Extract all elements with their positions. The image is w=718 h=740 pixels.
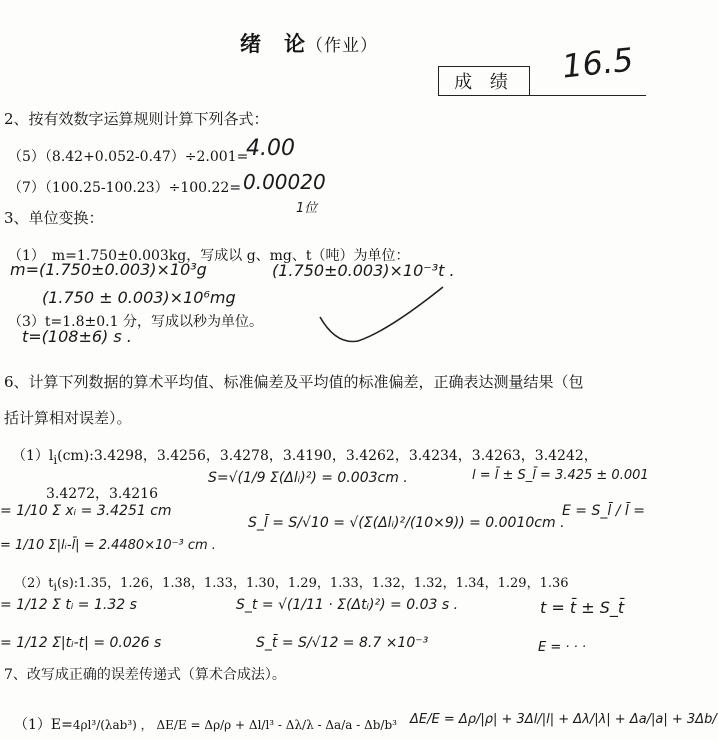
title-main: 绪 论 bbox=[240, 32, 306, 56]
q3-item-3-answer: t=(108±6) s . bbox=[22, 327, 132, 346]
q6-part1-result: l = l̄ ± S_l̄ = 3.425 ± 0.001 bbox=[472, 468, 649, 483]
q6-part1-data: （1）li(cm):3.4298，3.4256，3.4278，3.4190，3.… bbox=[12, 445, 598, 467]
checkmark-icon bbox=[318, 285, 448, 350]
q6-part2-result: t = t̄ ± S_t̄ bbox=[540, 598, 624, 617]
q6-part2-relative: E = · · · bbox=[538, 640, 586, 655]
q6-part1-s-mean: S_l̄ = S/√10 = √(Σ(Δlᵢ)²/(10×9)) = 0.001… bbox=[248, 515, 565, 531]
page-title: 绪 论（作业） bbox=[240, 28, 378, 58]
q2-item-7-answer: 0.00020 bbox=[243, 170, 326, 194]
q7-part1-answer: ΔE/E = Δρ/|ρ| + 3Δl/|l| + Δλ/|λ| + Δa/|a… bbox=[410, 712, 718, 727]
q6-part2-s: S_t = √(1/11 · Σ(Δtᵢ)²) = 0.03 s . bbox=[236, 597, 458, 613]
q6-part2-s-mean: S_t̄ = S/√12 = 8.7 ×10⁻³ bbox=[256, 635, 428, 651]
q3-item-1-answer-g: m=(1.750±0.003)×10³g bbox=[10, 260, 207, 279]
q6-part1-data-line2: 3.4272，3.4216 bbox=[46, 483, 158, 503]
q3-prompt: 3、单位变换： bbox=[4, 207, 104, 228]
q2-item-5-answer: 4.00 bbox=[246, 136, 295, 161]
grade-box: 成 绩 bbox=[438, 66, 530, 96]
q6-part1-data-line1: 3.4298，3.4256，3.4278，3.4190，3.4262，3.423… bbox=[94, 448, 598, 464]
q2-item-7-note: 1位 bbox=[296, 197, 317, 216]
q2-item-5: （5）（8.42+0.052-0.47）÷2.001= bbox=[8, 146, 248, 166]
q6-part1-s: S=√(1/9 Σ(Δlᵢ)²) = 0.003cm . bbox=[208, 470, 408, 486]
q2-item-7-text: （7）（100.25-100.23）÷100.22= bbox=[8, 180, 241, 196]
q7-part1-formula: 4ρl³/(λab³) ， ΔE/E = Δρ/ρ + Δl/l³ - Δλ/λ… bbox=[73, 718, 397, 732]
q3-item-1-answer-mg: (1.750 ± 0.003)×10⁶mg bbox=[42, 288, 236, 307]
q6-part2-label: （2）t bbox=[14, 576, 54, 591]
title-sub: （作业） bbox=[306, 36, 378, 56]
q7-part1-given: （1）E=4ρl³/(λab³) ， ΔE/E = Δρ/ρ + Δl/l³ -… bbox=[14, 714, 397, 734]
q7-prompt: 7、改写成正确的误差传递式（算术合成法）。 bbox=[4, 664, 286, 684]
q6-part2-avg-dev: = 1/12 Σ|tᵢ-t| = 0.026 s bbox=[0, 635, 161, 651]
grade-score: 16.5 bbox=[560, 40, 635, 85]
grade-underline bbox=[530, 95, 646, 96]
q2-item-7: （7）（100.25-100.23）÷100.22= bbox=[8, 177, 241, 197]
q2-prompt: 2、按有效数字运算规则计算下列各式： bbox=[4, 108, 269, 129]
q6-prompt-line1: 6、计算下列数据的算术平均值、标准偏差及平均值的标准偏差，正确表达测量结果（包 bbox=[4, 371, 584, 392]
q6-part1-avg-dev: = 1/10 Σ|lᵢ-l̄| = 2.4480×10⁻³ cm . bbox=[0, 538, 216, 553]
q6-part2-label-unit: (s): bbox=[57, 576, 78, 591]
q6-part1-label-unit: (cm): bbox=[57, 448, 94, 464]
q6-prompt-line2: 括计算相对误差）。 bbox=[4, 407, 132, 428]
q6-part2-mean: = 1/12 Σ tᵢ = 1.32 s bbox=[0, 597, 137, 613]
q6-part1-label: （1）l bbox=[12, 448, 53, 464]
q6-part1-relative: E = S_l̄ / l̄ = bbox=[562, 503, 645, 519]
q2-item-5-text: （5）（8.42+0.052-0.47）÷2.001= bbox=[8, 149, 248, 165]
q6-part2-data-line: 1.35，1.26，1.38，1.33，1.30，1.29，1.33，1.32，… bbox=[78, 576, 568, 591]
grade-label: 成 绩 bbox=[454, 68, 514, 94]
q3-item-1-answer-t: (1.750±0.003)×10⁻³t . bbox=[272, 261, 455, 280]
q7-part1-label: （1）E= bbox=[14, 717, 73, 733]
q6-part2-data: （2）ti(s):1.35，1.26，1.38，1.33，1.30，1.29，1… bbox=[14, 572, 569, 594]
q6-part1-mean: = 1/10 Σ xᵢ = 3.4251 cm bbox=[0, 503, 172, 519]
